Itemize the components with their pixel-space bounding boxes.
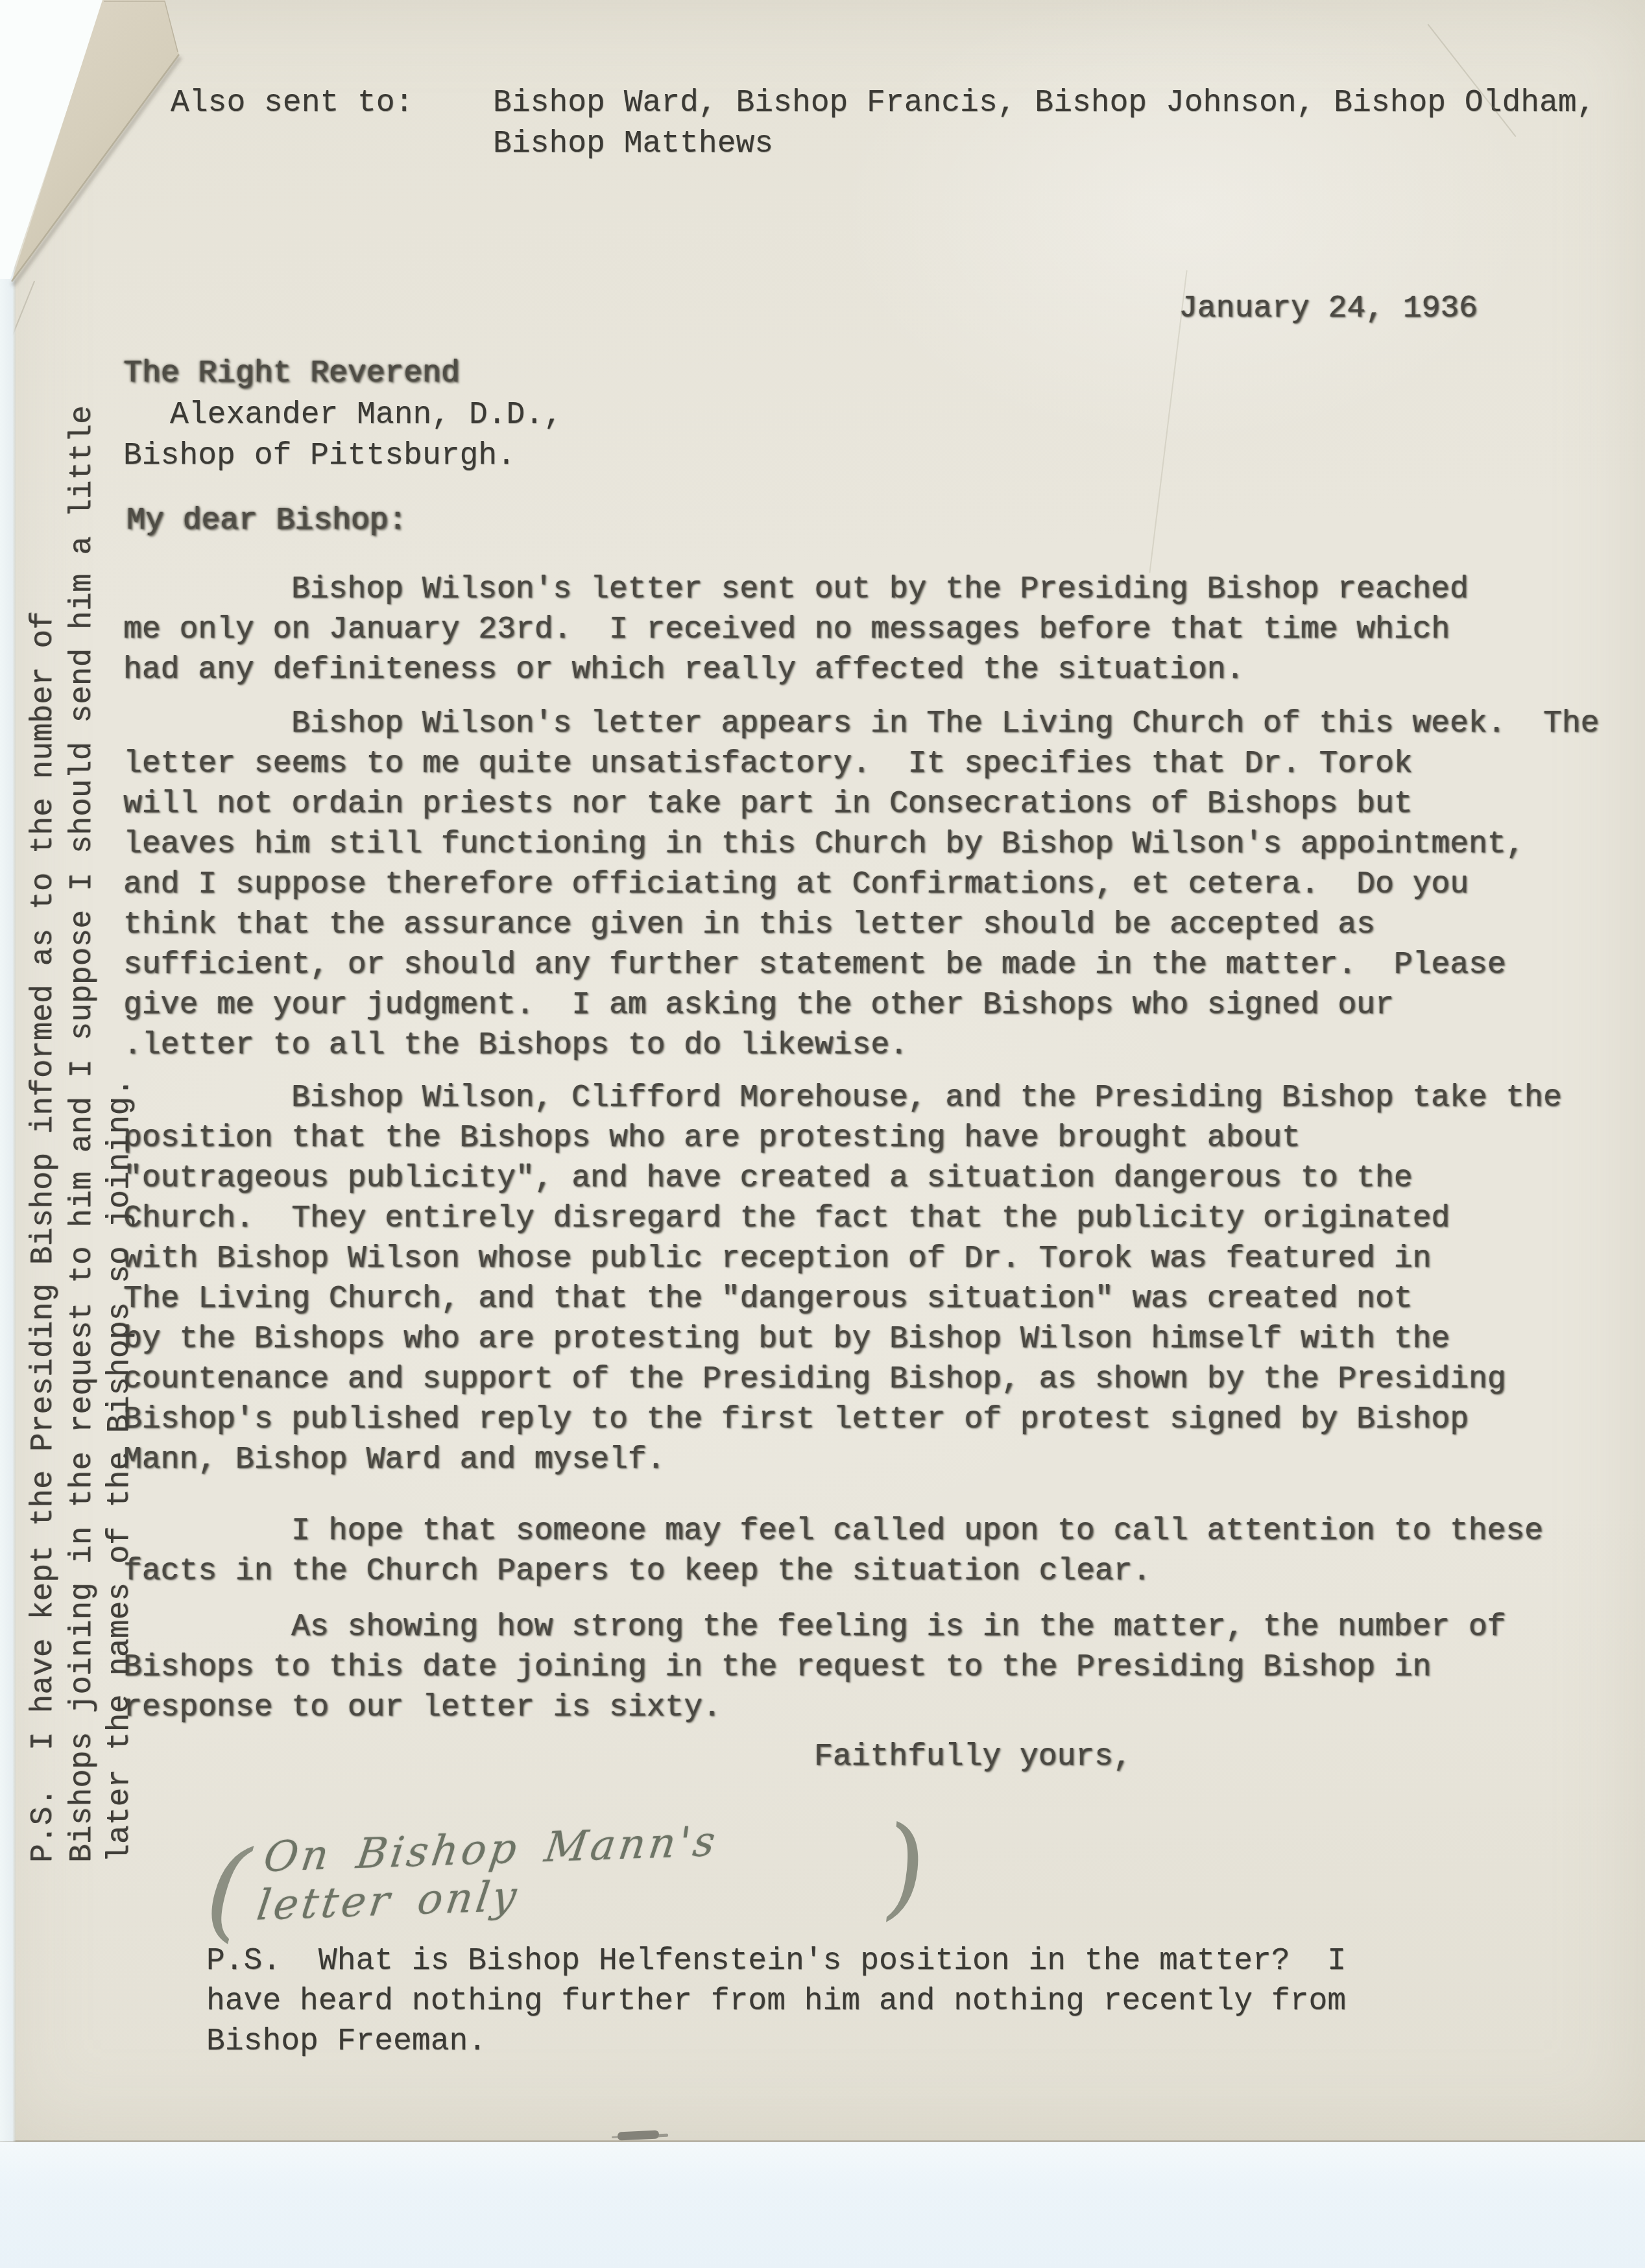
handwritten-open-paren: ( — [202, 1823, 253, 1955]
recipient-line1: The Right Reverend — [123, 353, 459, 394]
recipient-line3: Bishop of Pittsburgh. — [123, 436, 516, 476]
letter-line: The Living Church, and that the "dangero… — [123, 1279, 1562, 1319]
paragraph-3: Bishop Wilson, Clifford Morehouse, and t… — [123, 1078, 1562, 1480]
letter-page: Also sent to: Bishop Ward, Bishop Franci… — [0, 0, 1645, 2142]
letter-line: by the Bishops who are protesting but by… — [123, 1319, 1562, 1359]
salutation: My dear Bishop: — [126, 501, 407, 541]
distribution-recipients-line2: Bishop Matthews — [493, 124, 773, 164]
letter-line: Bishop Wilson's letter sent out by the P… — [123, 569, 1469, 610]
letter-line: position that the Bishops who are protes… — [123, 1118, 1562, 1158]
paragraph-1: Bishop Wilson's letter sent out by the P… — [123, 569, 1469, 690]
margin-note-line-3: later the names of the Bishops so joinin… — [100, 1078, 140, 1863]
letter-line: I hope that someone may feel called upon… — [123, 1511, 1543, 1551]
letter-line: Bishop's published reply to the first le… — [123, 1400, 1562, 1440]
letter-line: Bishop Wilson's letter appears in The Li… — [123, 704, 1599, 744]
letter-line: will not ordain priests nor take part in… — [123, 784, 1599, 824]
letter-line: and I suppose therefore officiating at C… — [123, 865, 1599, 905]
letter-line: Mann, Bishop Ward and myself. — [123, 1440, 1562, 1480]
recipient-line2: Alexander Mann, D.D., — [170, 395, 562, 435]
letter-line: Church. They entirely disregard the fact… — [123, 1199, 1562, 1239]
scan-bed-left-edge — [0, 0, 16, 2142]
letter-line: think that the assurance given in this l… — [123, 905, 1599, 945]
letter-line: give me your judgment. I am asking the o… — [123, 985, 1599, 1025]
handwritten-close-paren: ) — [878, 1799, 932, 1932]
letter-line: sufficient, or should any further statem… — [123, 945, 1599, 985]
closing: Faithfully yours, — [814, 1737, 1132, 1777]
letter-line: had any definiteness or which really aff… — [123, 650, 1469, 690]
letter-line: Bishops to this date joining in the requ… — [123, 1647, 1506, 1688]
scan-bed-bottom — [0, 2142, 1645, 2268]
letter-line: Bishop Freeman. — [206, 2022, 1346, 2062]
letter-line: letter seems to me quite unsatisfactory.… — [123, 744, 1599, 784]
letter-line: have heard nothing further from him and … — [206, 1981, 1346, 2022]
margin-note-line-2: Bishops joining in the request to him an… — [62, 405, 102, 1863]
paragraph-4: I hope that someone may feel called upon… — [123, 1511, 1543, 1592]
letter-line: countenance and support of the Presiding… — [123, 1359, 1562, 1400]
letter-line: with Bishop Wilson whose public receptio… — [123, 1239, 1562, 1279]
postscript: P.S. What is Bishop Helfenstein's positi… — [206, 1941, 1346, 2062]
letter-line: As showing how strong the feeling is in … — [123, 1607, 1506, 1647]
scan-background: Also sent to: Bishop Ward, Bishop Franci… — [0, 0, 1645, 2268]
paragraph-2: Bishop Wilson's letter appears in The Li… — [123, 704, 1599, 1066]
letter-line: "outrageous publicity", and have created… — [123, 1158, 1562, 1199]
margin-note-line-1: P.S. I have kept the Presiding Bishop in… — [23, 611, 64, 1863]
letter-line: facts in the Church Papers to keep the s… — [123, 1551, 1543, 1592]
letter-line: Bishop Wilson, Clifford Morehouse, and t… — [123, 1078, 1562, 1118]
letter-line: response to our letter is sixty. — [123, 1688, 1506, 1728]
paragraph-5: As showing how strong the feeling is in … — [123, 1607, 1506, 1728]
ink-speck — [618, 2130, 660, 2140]
folded-corner — [0, 0, 214, 311]
distribution-recipients-line1: Bishop Ward, Bishop Francis, Bishop John… — [493, 83, 1595, 123]
letter-line: leaves him still functioning in this Chu… — [123, 824, 1599, 865]
letter-line: me only on January 23rd. I received no m… — [123, 610, 1469, 650]
letter-line: P.S. What is Bishop Helfenstein's positi… — [206, 1941, 1346, 1981]
handwritten-annotation-text: On Bishop Mann's letter only — [254, 1812, 872, 1929]
letter-line: .letter to all the Bishops to do likewis… — [123, 1025, 1599, 1066]
letter-date: January 24, 1936 — [1179, 289, 1478, 329]
paper-crease — [1149, 270, 1187, 573]
